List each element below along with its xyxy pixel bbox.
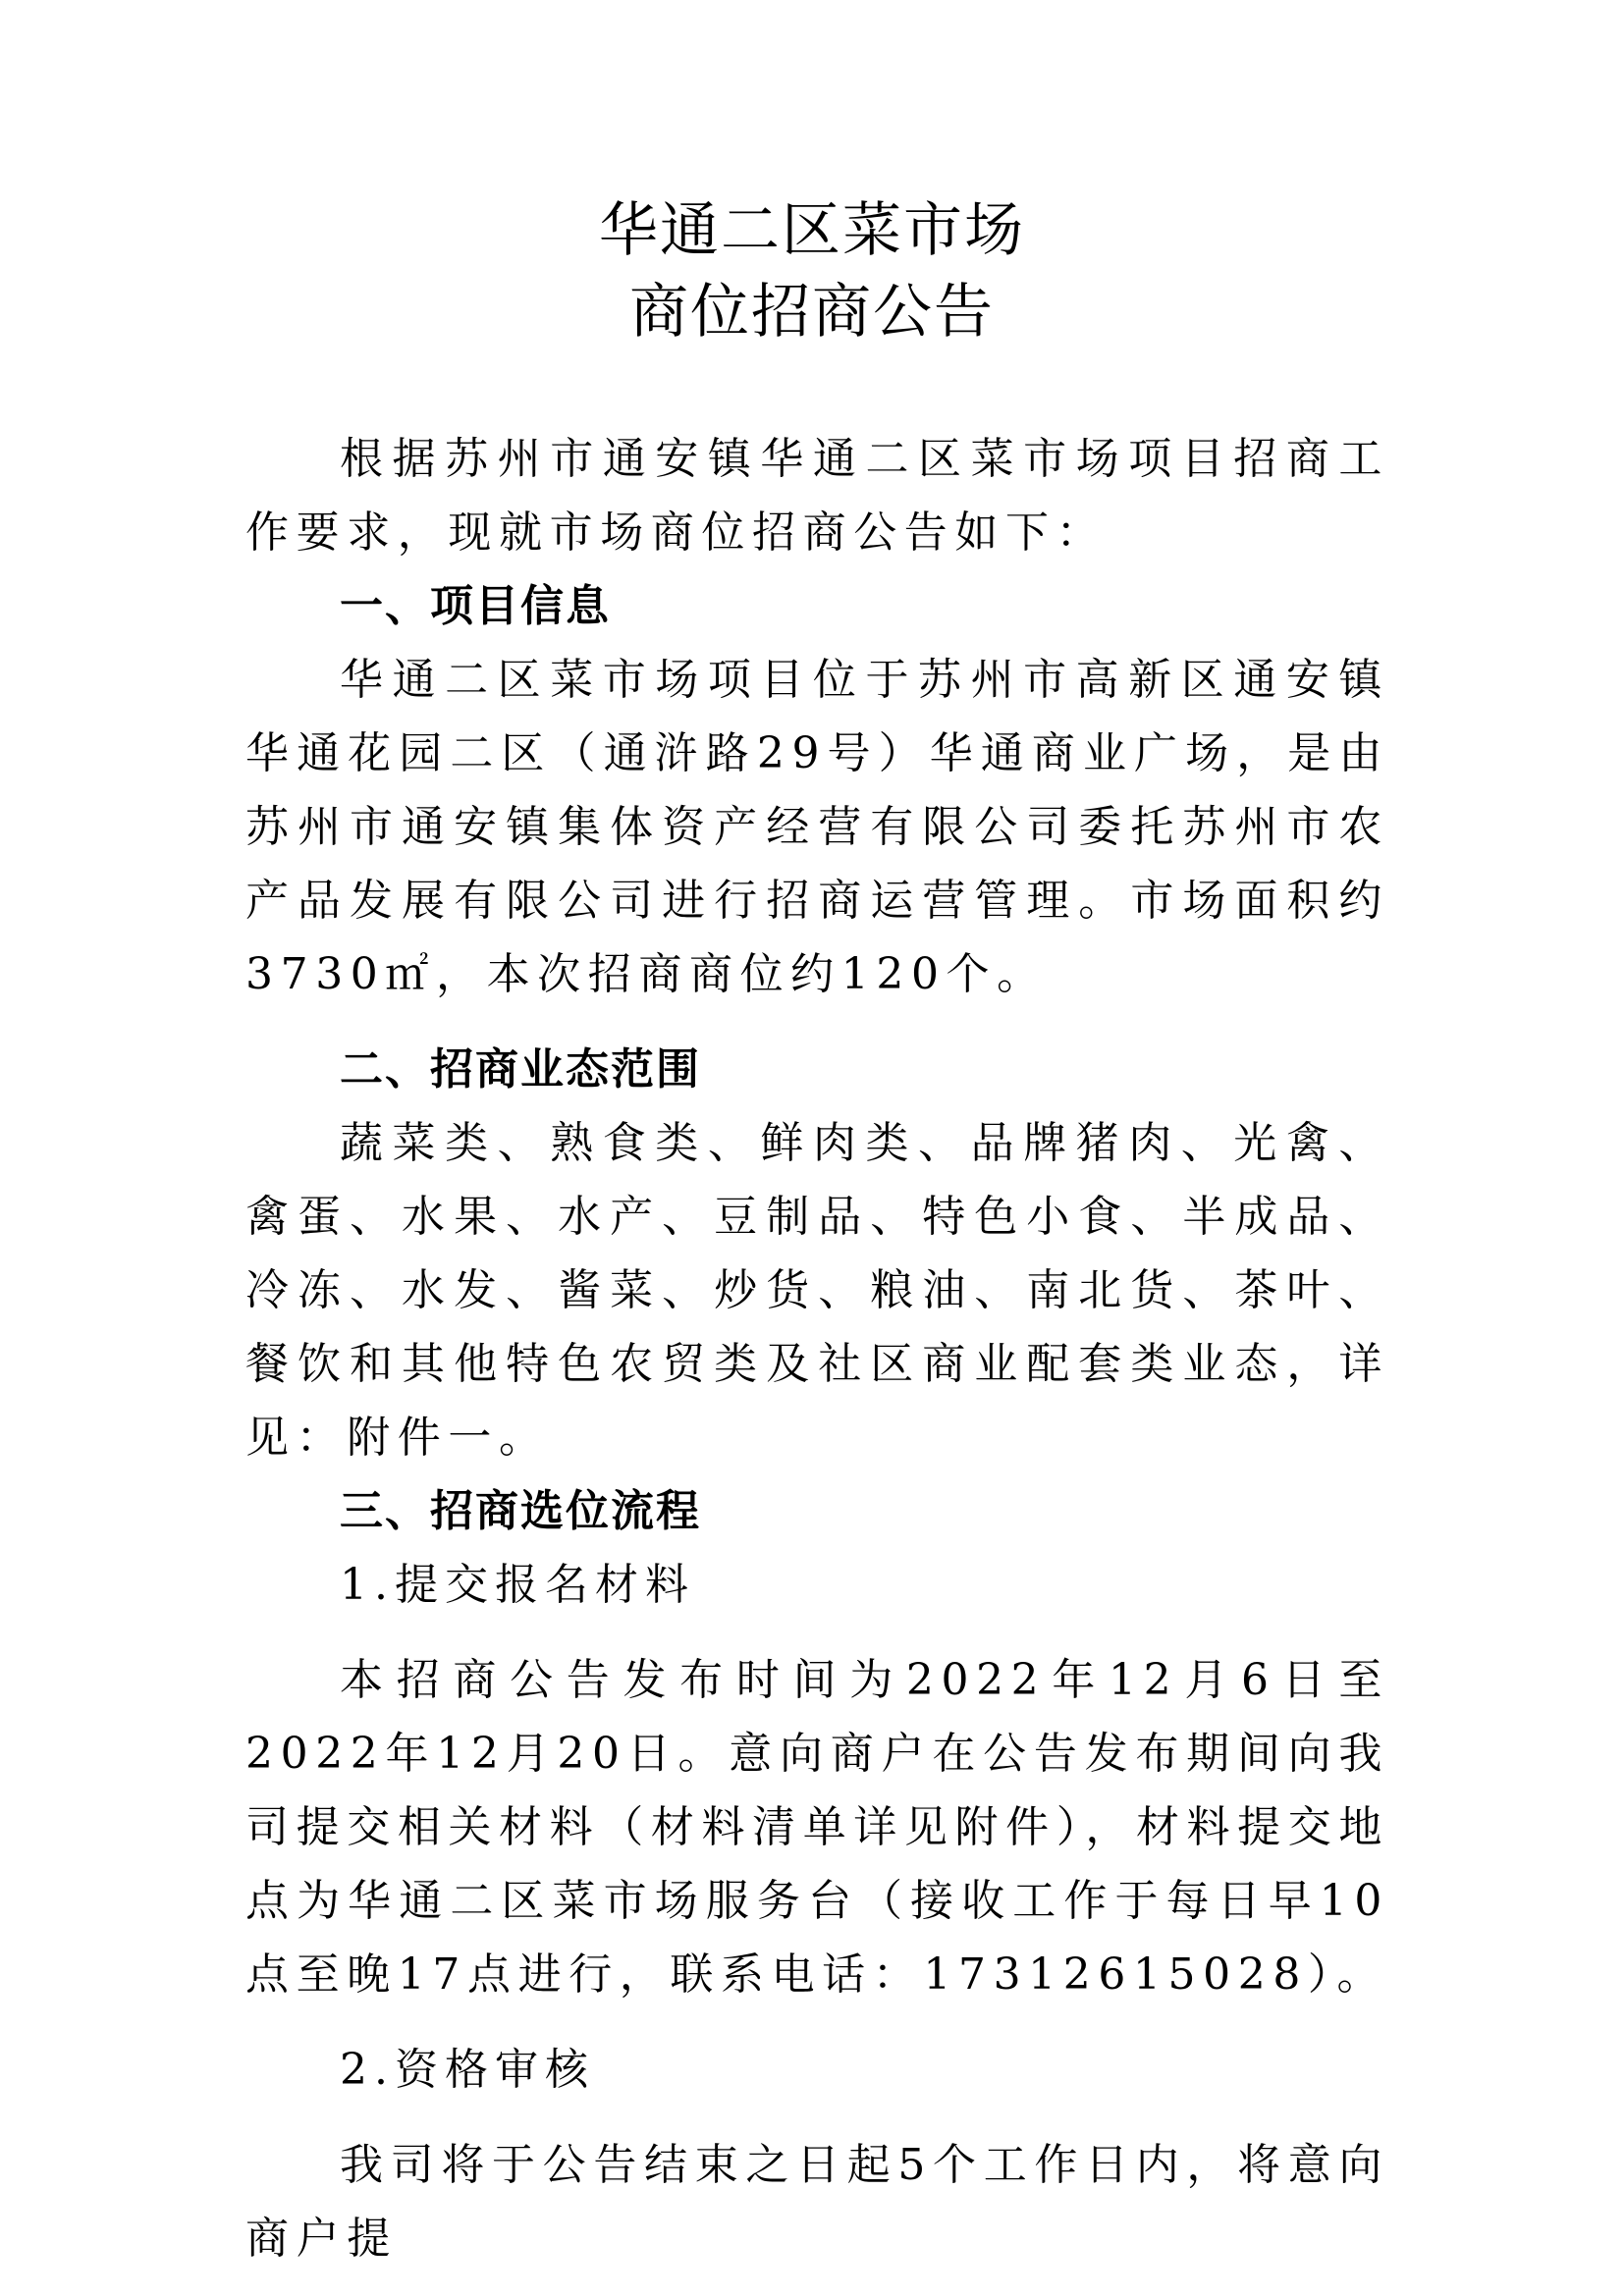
section-heading-selection-process: 三、招商选位流程 [245,1474,1389,1548]
document-title-line1: 华通二区菜市场 [0,191,1624,270]
project-info-paragraph: 华通二区菜市场项目位于苏州市高新区通安镇华通花园二区（通浒路29号）华通商业广场… [245,643,1389,1011]
document-page: 华通二区菜市场 商位招商公告 根据苏州市通安镇华通二区菜市场项目招商工作要求，现… [0,0,1624,2296]
document-title-line2: 商位招商公告 [0,273,1624,351]
document-body: 根据苏州市通安镇华通二区菜市场项目招商工作要求，现就市场商位招商公告如下： 一、… [245,422,1389,2275]
intro-paragraph: 根据苏州市通安镇华通二区菜市场项目招商工作要求，现就市场商位招商公告如下： [245,422,1389,569]
business-scope-paragraph: 蔬菜类、熟食类、鲜肉类、品牌猪肉、光禽、禽蛋、水果、水产、豆制品、特色小食、半成… [245,1106,1389,1474]
submit-materials-paragraph: 本招商公告发布时间为2022年12月6日至2022年12月20日。意向商户在公告… [245,1643,1389,2011]
qualification-review-paragraph: 我司将于公告结束之日起5个工作日内，将意向商户提 [245,2128,1389,2275]
subsection-title-submit-materials: 1.提交报名材料 [245,1548,1389,1622]
subsection-title-qualification-review: 2.资格审核 [245,2033,1389,2107]
section-heading-business-scope: 二、招商业态范围 [245,1033,1389,1106]
section-heading-project-info: 一、项目信息 [245,569,1389,643]
